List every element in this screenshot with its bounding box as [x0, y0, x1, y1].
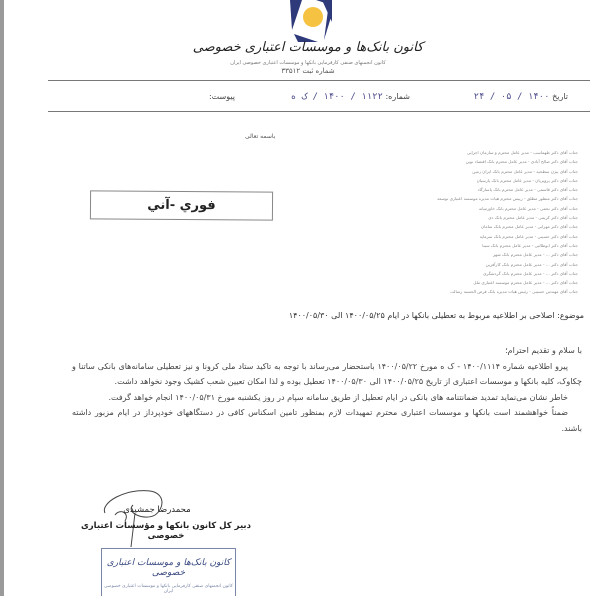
recipient-item: جناب آقای دکتر ... - مدیر عامل محترم بان…: [378, 269, 578, 278]
urgent-label: فوري -آني: [147, 198, 216, 213]
registration-number: شماره ثبت ۳۳۵۱۲: [0, 67, 616, 75]
recipient-item: جناب آقای دکتر طهماسب - مدیر عامل محترم …: [378, 148, 578, 157]
stamp-title: کانون بانک‌ها و موسسات اعتباری خصوصی: [102, 558, 235, 578]
recipient-item: جناب آقای دکتر مهرابی - مدیر عامل محترم …: [378, 222, 578, 231]
header-top-rule: [48, 80, 590, 81]
attachment-label: پیوست:: [209, 92, 235, 101]
date-value: ۱۴۰۰ / ۰۵ / ۲۴: [474, 92, 550, 102]
stamp-subtitle: کانون انجمنهای صنفی کارفرمایی بانکها و م…: [102, 584, 235, 594]
recipient-item: جناب آقای دکتر پرویزیان - مدیر عامل محتر…: [378, 176, 578, 185]
organization-logo-icon: [288, 0, 334, 42]
basmala-heading: باسمه تعالی: [245, 133, 275, 140]
attachment-field: پیوست:: [175, 92, 235, 104]
body-paragraph-2: خاطر نشان می‌نماید تمدید ضمانتنامه های ب…: [72, 390, 582, 406]
organization-name: کانون بانک‌ها و موسسات اعتباری خصوصی: [0, 40, 616, 55]
organization-subtitle: کانون انجمنهای صنفی کارفرمایی بانکها و م…: [0, 60, 616, 66]
header-bottom-rule: [48, 111, 590, 112]
date-field: تاریخ ۱۴۰۰ / ۰۵ / ۲۴: [438, 92, 568, 104]
signatory-title: دبیر کل کانون بانکها و مؤسسات اعتباری خص…: [66, 521, 266, 541]
signatory-name: محمدرضا جمشیدی: [72, 505, 242, 515]
letter-subject: موضوع: اصلاحی بر اطلاعیه مربوط به تعطیلی…: [214, 311, 584, 320]
urgent-stamp-box: فوري -آني: [90, 190, 273, 220]
page-left-edge: [0, 0, 4, 596]
body-salutation: با سلام و تقدیم احترام؛: [72, 343, 582, 359]
recipient-item: جناب آقای دکتر منظور مطلق - رییس محترم ه…: [378, 194, 578, 203]
recipient-item: جناب آقای دکتر ... - مدیر عامل محترم بان…: [378, 260, 578, 269]
official-seal-stamp: کانون بانک‌ها و موسسات اعتباری خصوصی کان…: [101, 548, 236, 596]
recipient-item: جناب آقای بیژن سطحیه - مدیر عامل محترم ب…: [378, 167, 578, 176]
recipient-item: جناب آقای دکتر صالح آبادی - مدیر عامل مح…: [378, 157, 578, 166]
letter-number-field: شماره: ۱۱۲۲ / ۱۴۰۰ / ک ه: [250, 92, 410, 104]
recipient-item: جناب آقای دکتر حسینی - مدیر عامل محترم ب…: [378, 232, 578, 241]
recipient-item: جناب آقای دکتر ... - مدیر عامل محترم موس…: [378, 278, 578, 287]
letter-body: با سلام و تقدیم احترام؛ پیرو اطلاعیه شما…: [72, 343, 582, 436]
recipient-item: جناب آقای دکتر قاسمی - مدیر عامل محترم ب…: [378, 185, 578, 194]
date-label: تاریخ: [552, 92, 568, 101]
recipients-list: جناب آقای دکتر طهماسب - مدیر عامل محترم …: [378, 148, 578, 297]
recipient-item: جناب آقای دکتر ابوطالبی - مدیر عامل محتر…: [378, 241, 578, 250]
recipient-item: جناب آقای دکتر ... - مدیر عامل محترم بان…: [378, 250, 578, 259]
body-paragraph-1: پیرو اطلاعیه شماره ۱۴۰۰/۱۱۱۴ - ک ه مورخ …: [72, 359, 582, 390]
recipient-item: جناب آقای مهندس حسینی - رئیس هیات مدیره …: [378, 287, 578, 296]
number-value: ۱۱۲۲ / ۱۴۰۰ / ک ه: [291, 92, 383, 102]
recipient-item: جناب آقای دکتر نجمی - مدیر عامل محترم با…: [378, 204, 578, 213]
body-paragraph-3: ضمناً خواهشمند است بانکها و موسسات اعتبا…: [72, 405, 582, 436]
recipient-item: جناب آقای دکتر کریمی - مدیر عامل محترم ب…: [378, 213, 578, 222]
number-label: شماره:: [385, 92, 410, 101]
